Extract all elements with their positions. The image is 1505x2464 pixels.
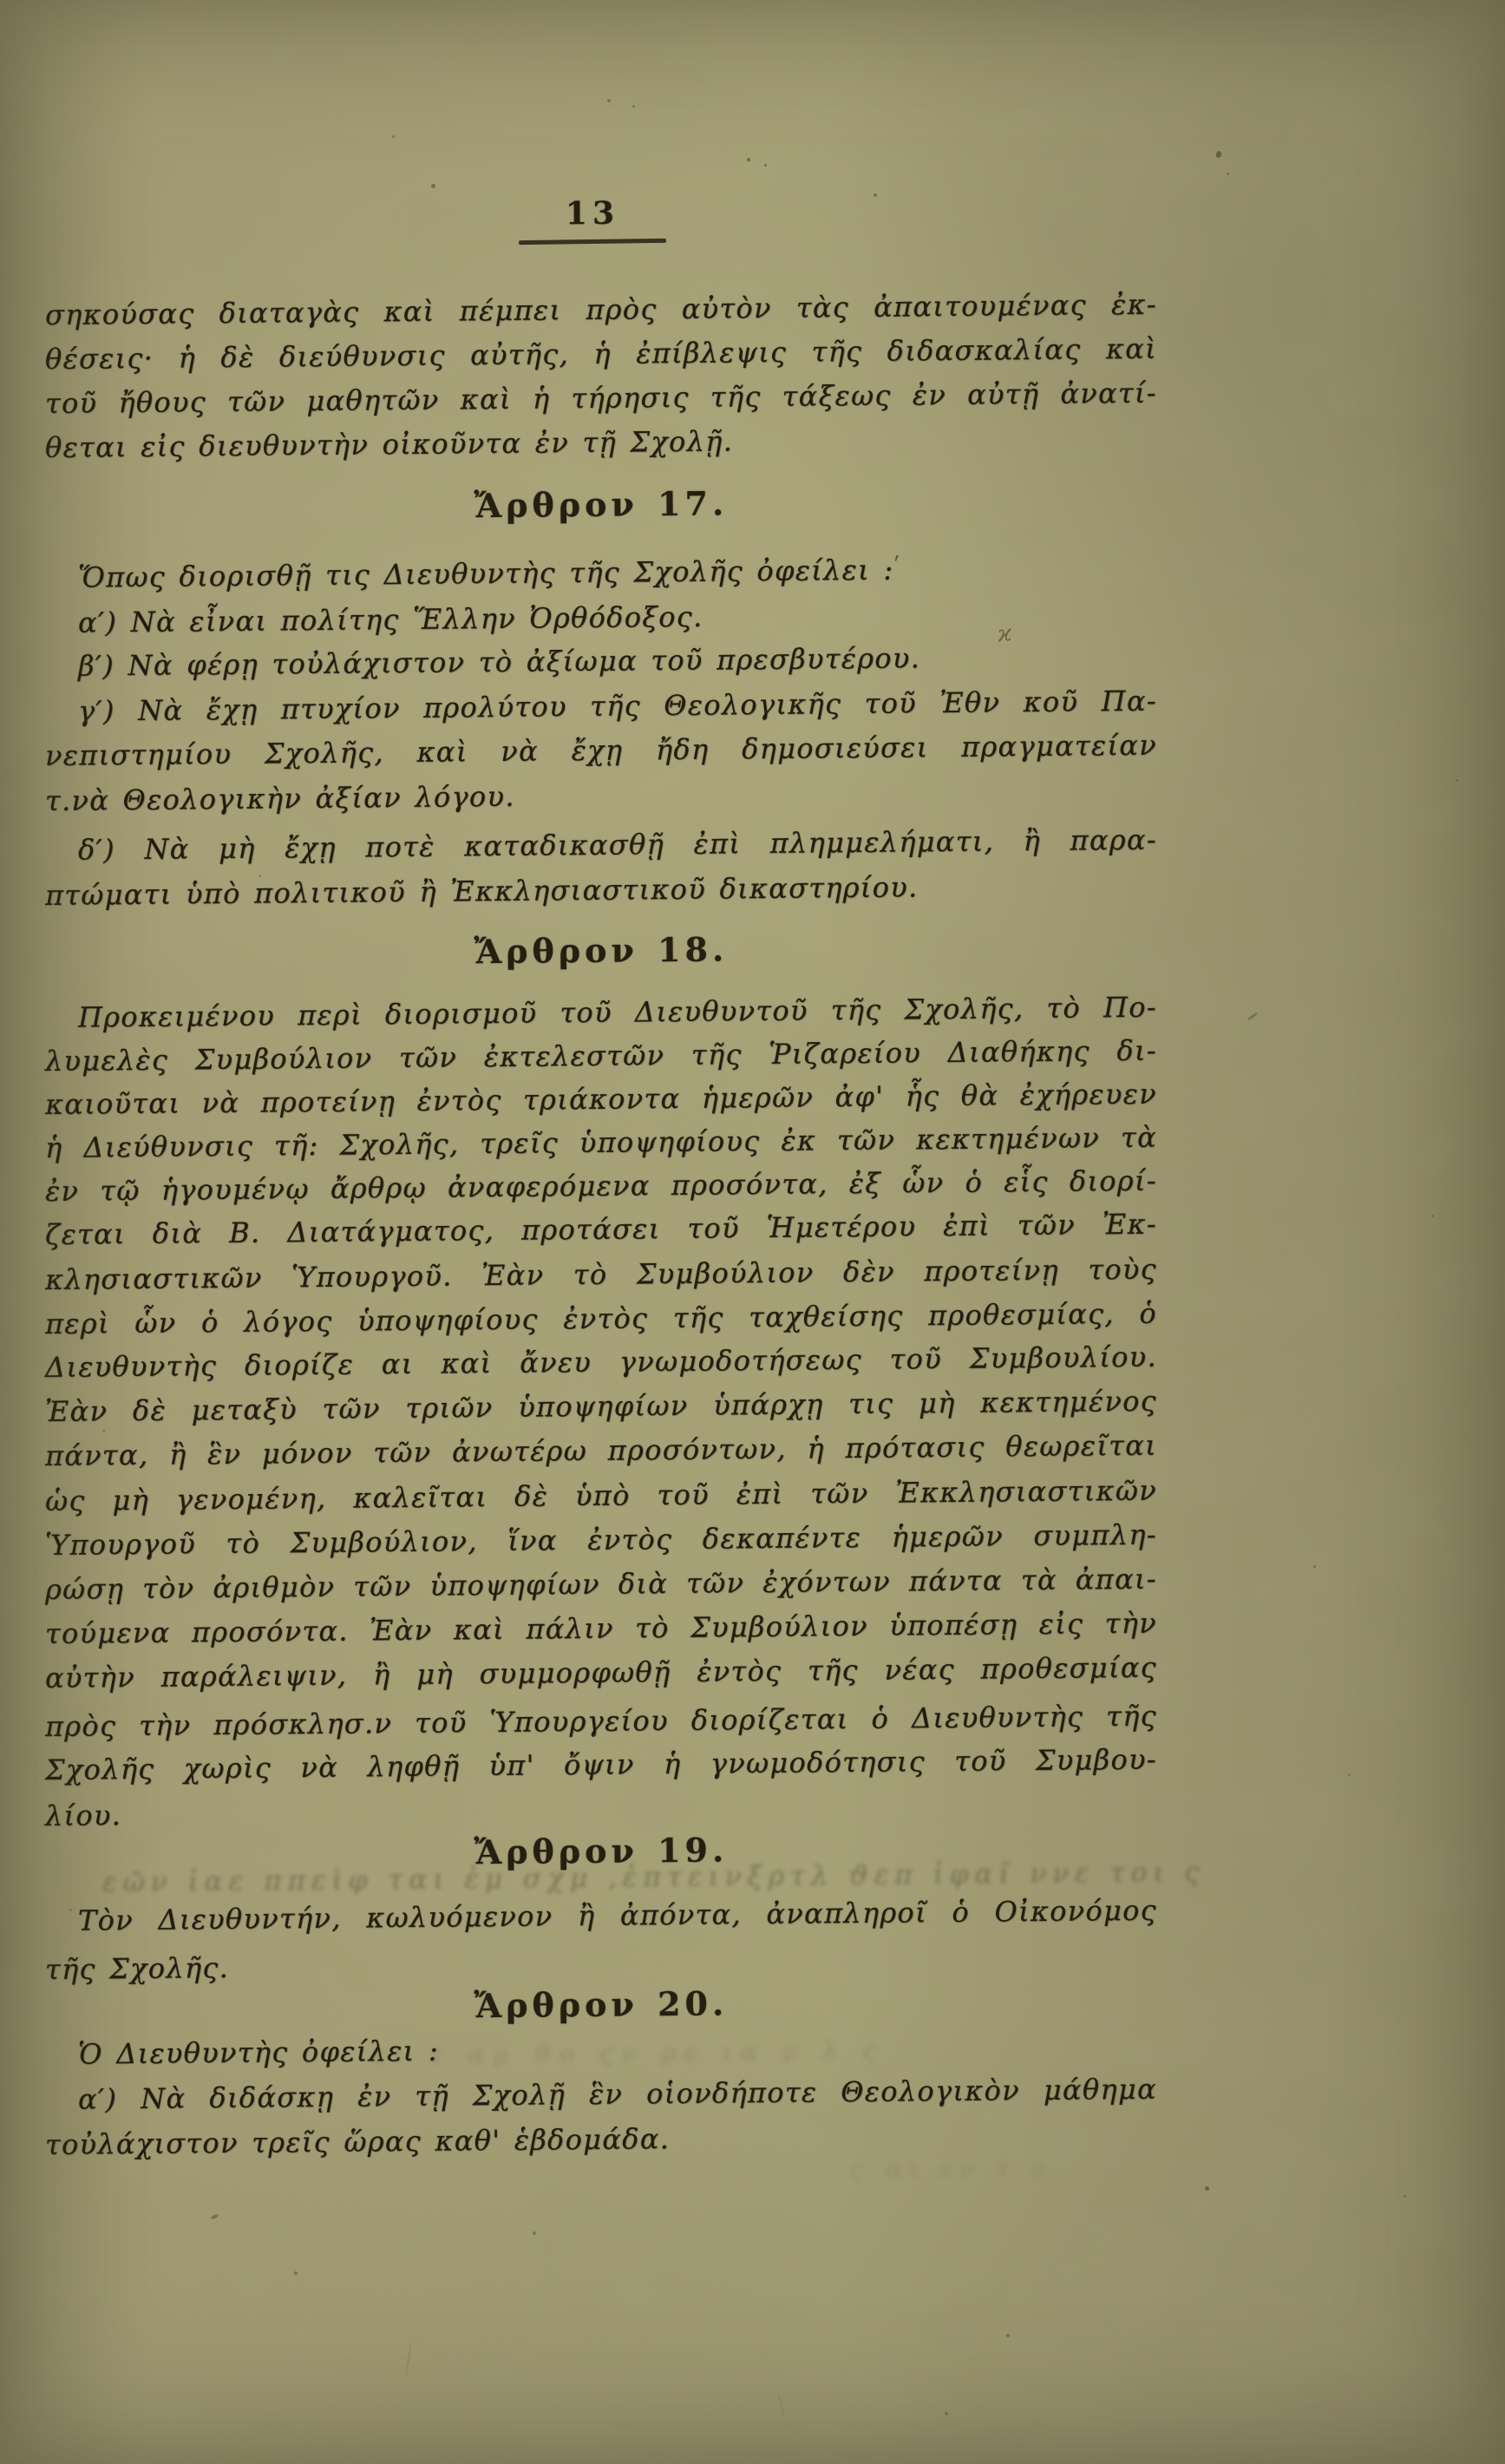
text-line: Προκειμένου περὶ διορισμοῦ τοῦ Διευθυντο… xyxy=(45,992,1157,1034)
text-line: Τὸν Διευθυντήν, κωλυόμενον ἢ ἀπόντα, ἀνα… xyxy=(45,1895,1157,1937)
paper-speck xyxy=(1227,173,1229,175)
text-line: δ′) Νὰ μὴ ἔχῃ ποτὲ καταδικασθῇ ἐπὶ πλημμ… xyxy=(45,824,1157,867)
text-line: αὐτὴν παράλειψιν, ἢ μὴ συμμορφωθῇ ἐντὸς … xyxy=(45,1652,1157,1694)
text-line: καιοῦται νὰ προτείνῃ ἐντὸς τριάκοντα ἡμε… xyxy=(45,1078,1157,1121)
text-line: τούμενα προσόντα. Ἐὰν καὶ πάλιν τὸ Συμβο… xyxy=(45,1608,1157,1650)
text-line: θεται εἰς διευθυντὴν οἰκοῦντα ἐν τῇ Σχολ… xyxy=(45,422,1157,464)
text-line: ρώσῃ τὸν ἀριθμὸν τῶν ὑποψηφίων διὰ τῶν ἐ… xyxy=(45,1563,1157,1606)
text-line: ἡ Διεύθυνσις τῆ: Σχολῆς, τρεῖς ὑποψηφίου… xyxy=(45,1122,1157,1164)
text-line: ζεται διὰ Β. Διατάγματος, προτάσει τοῦ Ἡ… xyxy=(45,1209,1157,1251)
document-text-column: σηκούσας διαταγὰς καὶ πέμπει πρὸς αὐτὸν … xyxy=(45,0,1157,2464)
text-line: ὡς μὴ γενομένη, καλεῖται δὲ ὑπὸ τοῦ ἐπὶ … xyxy=(45,1475,1157,1517)
text-line: Ὑπουργοῦ τὸ Συμβούλιον, ἵνα ἐντὸς δεκαπέ… xyxy=(45,1519,1157,1562)
text-line: σηκούσας διαταγὰς καὶ πέμπει πρὸς αὐτὸν … xyxy=(45,289,1157,331)
text-line: Ἐὰν δὲ μεταξὺ τῶν τριῶν ὑποψηφίων ὑπάρχῃ… xyxy=(45,1386,1157,1428)
paper-speck xyxy=(1348,1773,1351,1776)
paper-speck xyxy=(1404,2195,1406,2198)
text-line: πρὸς τὴν πρόσκλησ.ν τοῦ Ὑπουργείου διορί… xyxy=(45,1701,1157,1743)
paper-speck xyxy=(1247,1012,1258,1020)
text-line: κλησιαστικῶν Ὑπουργοῦ. Ἐὰν τὸ Συμβούλιον… xyxy=(45,1254,1157,1296)
text-line: πτώματι ὑπὸ πολιτικοῦ ἢ Ἐκκλησιαστικοῦ δ… xyxy=(45,869,1157,912)
text-line: λίου. xyxy=(45,1790,1157,1832)
paper-speck xyxy=(1313,1565,1316,1568)
text-line: α′) Νὰ εἶναι πολίτης Ἕλλην Ὀρθόδοξος. xyxy=(45,597,1157,639)
article-heading: Ἄρθρον 20. xyxy=(45,1981,1157,2029)
text-line: θέσεις· ἡ δὲ διεύθυνσις αὐτῆς, ἡ ἐπίβλεψ… xyxy=(45,333,1157,376)
text-line: γ′) Νὰ ἔχῃ πτυχίον προλύτου τῆς Θεολογικ… xyxy=(45,685,1157,728)
text-line: τ.νὰ Θεολογικὴν ἀξίαν λόγου. xyxy=(45,775,1157,817)
paper-speck xyxy=(1456,779,1458,782)
text-line: Σχολῆς χωρὶς νὰ ληφθῇ ὑπ' ὄψιν ἡ γνωμοδό… xyxy=(45,1744,1157,1786)
paper-speck xyxy=(1205,2186,1209,2191)
text-line: λυμελὲς Συμβούλιον τῶν ἐκτελεστῶν τῆς Ῥι… xyxy=(45,1035,1157,1078)
text-line: Ὅπως διορισθῇ τις Διευθυντὴς τῆς Σχολῆς … xyxy=(45,552,1157,594)
text-line: τοὐλάχιστον τρεῖς ὥρας καθ' ἑβδομάδα. xyxy=(45,2119,1157,2161)
text-line: τῆς Σχολῆς. xyxy=(45,1943,1157,1986)
article-heading: Ἄρθρον 18. xyxy=(45,927,1157,975)
text-line: α′) Νὰ διδάσκῃ ἐν τῇ Σχολῇ ἓν οἱονδήποτε… xyxy=(45,2074,1157,2116)
article-heading: Ἄρθρον 19. xyxy=(45,1827,1157,1876)
text-line: τοῦ ἤθους τῶν μαθητῶν καὶ ἡ τήρησις τῆς … xyxy=(45,377,1157,420)
paper-speck xyxy=(1431,1215,1434,1217)
text-line: Διευθυντὴς διορίζε αι καὶ ἄνευ γνωμοδοτή… xyxy=(45,1341,1157,1384)
text-line: νεπιστημίου Σχολῆς, καὶ νὰ ἔχῃ ἤδη δημοσ… xyxy=(45,730,1157,772)
text-line: ἐν τῷ ἡγουμένῳ ἄρθρῳ ἀναφερόμενα προσόντ… xyxy=(45,1165,1157,1208)
text-line: Ὁ Διευθυντὴς ὀφείλει : xyxy=(45,2028,1157,2071)
text-line: περὶ ὧν ὁ λόγος ὑποψηφίους ἐντὸς τῆς ταχ… xyxy=(45,1298,1157,1340)
text-line: πάντα, ἢ ἓν μόνον τῶν ἀνωτέρω προσόντων,… xyxy=(45,1430,1157,1472)
paper-speck xyxy=(1215,150,1222,159)
text-line: β′) Νὰ φέρῃ τοὐλάχιστον τὸ ἀξίωμα τοῦ πρ… xyxy=(45,640,1157,683)
article-heading: Ἄρθρον 17. xyxy=(45,481,1157,529)
